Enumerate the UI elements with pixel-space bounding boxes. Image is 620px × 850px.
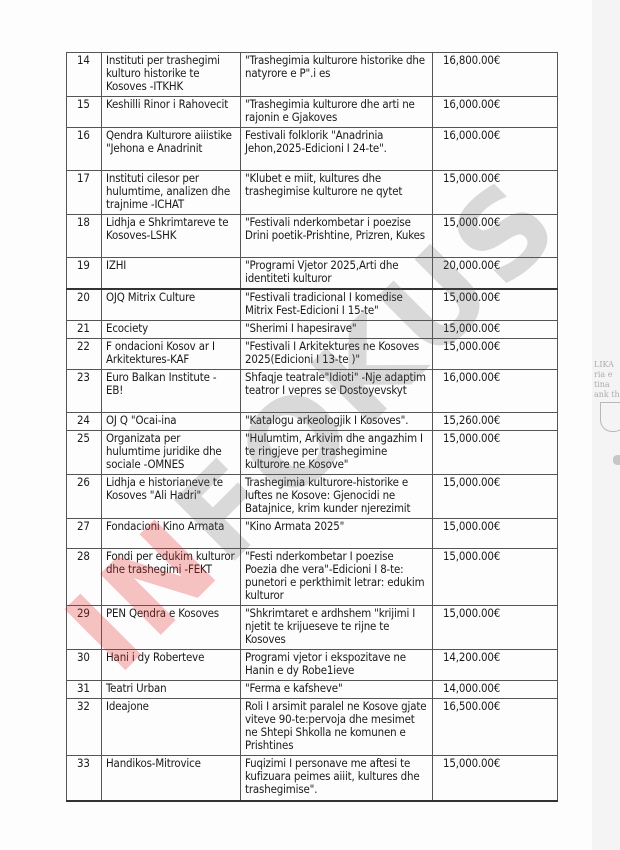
organization-name: Lidhja e Shkrimtareve te Kosoves-LSHK — [102, 215, 241, 258]
table-row: 15Keshilli Rinor i Rahovecit"Trashegimia… — [67, 97, 558, 128]
organization-name: Teatri Urban — [102, 681, 241, 699]
stamp-text: ria e — [594, 370, 620, 380]
grant-amount: 15,000.00€ — [433, 215, 558, 258]
row-number: 33 — [67, 756, 102, 801]
project-title: "Shkrimtaret e ardhshem "krijimi I njeti… — [241, 606, 433, 650]
row-number: 15 — [67, 97, 102, 128]
table-row: 33Handikos-MitroviceFuqizimi I personave… — [67, 756, 558, 801]
organization-name: PEN Qendra e Kosoves — [102, 606, 241, 650]
table-row: 29PEN Qendra e Kosoves"Shkrimtaret e ard… — [67, 606, 558, 650]
row-number: 16 — [67, 128, 102, 171]
table-row: 26Lidhja e historianeve te Kosoves "Ali … — [67, 475, 558, 519]
grants-table: 14Instituti per trashegimi kulturo histo… — [66, 52, 558, 802]
grant-amount: 15,000.00€ — [433, 321, 558, 339]
table-row: 32IdeajoneRoli I arsimit paralel ne Koso… — [67, 699, 558, 756]
project-title: "Katalogu arkeologjik I Kosoves". — [241, 413, 433, 431]
table-row: 30Hani i dy RoberteveProgrami vjetor i e… — [67, 650, 558, 681]
row-number: 17 — [67, 171, 102, 215]
row-number: 32 — [67, 699, 102, 756]
project-title: "Festi nderkombetar I poezise Poezia dhe… — [241, 549, 433, 606]
grant-amount: 15,260.00€ — [433, 413, 558, 431]
grant-amount: 16,800.00€ — [433, 53, 558, 97]
row-number: 19 — [67, 258, 102, 290]
project-title: Roli I arsimit paralel ne Kosove gjate v… — [241, 699, 433, 756]
grant-amount: 15,000.00€ — [433, 549, 558, 606]
project-title: Programi vjetor i ekspozitave ne Hanin e… — [241, 650, 433, 681]
organization-name: Ideajone — [102, 699, 241, 756]
table-row: 14Instituti per trashegimi kulturo histo… — [67, 53, 558, 97]
table-row: 27Fondacioni Kino Armata"Kino Armata 202… — [67, 519, 558, 549]
table-row: 24OJ Q "Ocai-ina"Katalogu arkeologjik I … — [67, 413, 558, 431]
row-number: 26 — [67, 475, 102, 519]
row-number: 18 — [67, 215, 102, 258]
project-title: "Festivali I Arkitektures ne Kosoves 202… — [241, 339, 433, 370]
organization-name: Hani i dy Roberteve — [102, 650, 241, 681]
project-title: "Trashegimia kulturore dhe arti ne rajon… — [241, 97, 433, 128]
row-number: 22 — [67, 339, 102, 370]
organization-name: OJ Q "Ocai-ina — [102, 413, 241, 431]
organization-name: Fondi per edukim kulturor dhe trashegimi… — [102, 549, 241, 606]
grant-amount: 15,000.00€ — [433, 756, 558, 801]
project-title: "Trashegimia kulturore historike dhe nat… — [241, 53, 433, 97]
organization-name: Euro Balkan Institute - EB! — [102, 370, 241, 413]
grant-amount: 15,000.00€ — [433, 519, 558, 549]
organization-name: OJQ Mitrix Culture — [102, 289, 241, 321]
project-title: "Kino Armata 2025" — [241, 519, 433, 549]
project-title: "Festivali nderkombetar i poezise Drini … — [241, 215, 433, 258]
organization-name: Ecociety — [102, 321, 241, 339]
project-title: "Hulumtim, Arkivim dhe angazhim I te rin… — [241, 431, 433, 475]
table-row: 22F ondacioni Kosov ar I Arkitektures-KA… — [67, 339, 558, 370]
row-number: 25 — [67, 431, 102, 475]
table-row: 17Instituti cilesor per hulumtime, anali… — [67, 171, 558, 215]
row-number: 24 — [67, 413, 102, 431]
grant-amount: 14,200.00€ — [433, 650, 558, 681]
project-title: "Ferma e kafsheve" — [241, 681, 433, 699]
row-number: 21 — [67, 321, 102, 339]
organization-name: IZHI — [102, 258, 241, 290]
coat-of-arms-icon — [600, 402, 620, 432]
row-number: 23 — [67, 370, 102, 413]
organization-name: Keshilli Rinor i Rahovecit — [102, 97, 241, 128]
organization-name: Handikos-Mitrovice — [102, 756, 241, 801]
organization-name: F ondacioni Kosov ar I Arkitektures-KAF — [102, 339, 241, 370]
organization-name: Fondacioni Kino Armata — [102, 519, 241, 549]
grant-amount: 16,000.00€ — [433, 128, 558, 171]
grant-amount: 16,000.00€ — [433, 370, 558, 413]
stamp-text: LIKA — [594, 360, 620, 370]
project-title: "Sherimi I hapesirave" — [241, 321, 433, 339]
project-title: Shfaqje teatrale"Idioti" -Nje adaptim te… — [241, 370, 433, 413]
row-number: 28 — [67, 549, 102, 606]
grant-amount: 15,000.00€ — [433, 475, 558, 519]
organization-name: Instituti per trashegimi kulturo histori… — [102, 53, 241, 97]
grant-amount: 15,000.00€ — [433, 431, 558, 475]
official-stamp: LIKA ria e tina ank the — [594, 360, 620, 470]
grant-amount: 15,000.00€ — [433, 606, 558, 650]
project-title: "Festivali tradicional I komedise Mitrix… — [241, 289, 433, 321]
document-page: 14Instituti per trashegimi kulturo histo… — [0, 0, 592, 850]
project-title: Fuqizimi I personave me aftesi te kufizu… — [241, 756, 433, 801]
grant-amount: 15,000.00€ — [433, 339, 558, 370]
grant-amount: 15,000.00€ — [433, 289, 558, 321]
project-title: "Klubet e miit, kultures dhe trashegimis… — [241, 171, 433, 215]
organization-name: Instituti cilesor per hulumtime, analize… — [102, 171, 241, 215]
table-row: 23Euro Balkan Institute - EB!Shfaqje tea… — [67, 370, 558, 413]
row-number: 30 — [67, 650, 102, 681]
project-title: Trashegimia kulturore-historike e luftes… — [241, 475, 433, 519]
grant-amount: 14,000.00€ — [433, 681, 558, 699]
project-title: Festivali folklorik "Anadrinia Jehon,202… — [241, 128, 433, 171]
stamp-text: tina — [594, 380, 620, 390]
table-row: 31Teatri Urban"Ferma e kafsheve"14,000.0… — [67, 681, 558, 699]
table-row: 16Qendra Kulturore aiiistike "Jehona e A… — [67, 128, 558, 171]
table-row: 25Organizata per hulumtime juridike dhe … — [67, 431, 558, 475]
table-row: 20OJQ Mitrix Culture"Festivali tradicion… — [67, 289, 558, 321]
grant-amount: 16,500.00€ — [433, 699, 558, 756]
row-number: 31 — [67, 681, 102, 699]
project-title: "Programi Vjetor 2025,Arti dhe identitet… — [241, 258, 433, 290]
grant-amount: 16,000.00€ — [433, 97, 558, 128]
row-number: 27 — [67, 519, 102, 549]
row-number: 29 — [67, 606, 102, 650]
table-row: 28Fondi per edukim kulturor dhe trashegi… — [67, 549, 558, 606]
stamp-text: ank the — [594, 390, 620, 400]
table-row: 18Lidhja e Shkrimtareve te Kosoves-LSHK"… — [67, 215, 558, 258]
organization-name: Qendra Kulturore aiiistike "Jehona e Ana… — [102, 128, 241, 171]
table-row: 21Ecociety"Sherimi I hapesirave"15,000.0… — [67, 321, 558, 339]
organization-name: Organizata per hulumtime juridike dhe so… — [102, 431, 241, 475]
row-number: 20 — [67, 289, 102, 321]
organization-name: Lidhja e historianeve te Kosoves "Ali Ha… — [102, 475, 241, 519]
grant-amount: 15,000.00€ — [433, 171, 558, 215]
row-number: 14 — [67, 53, 102, 97]
grant-amount: 20,000.00€ — [433, 258, 558, 290]
table-row: 19IZHI"Programi Vjetor 2025,Arti dhe ide… — [67, 258, 558, 290]
